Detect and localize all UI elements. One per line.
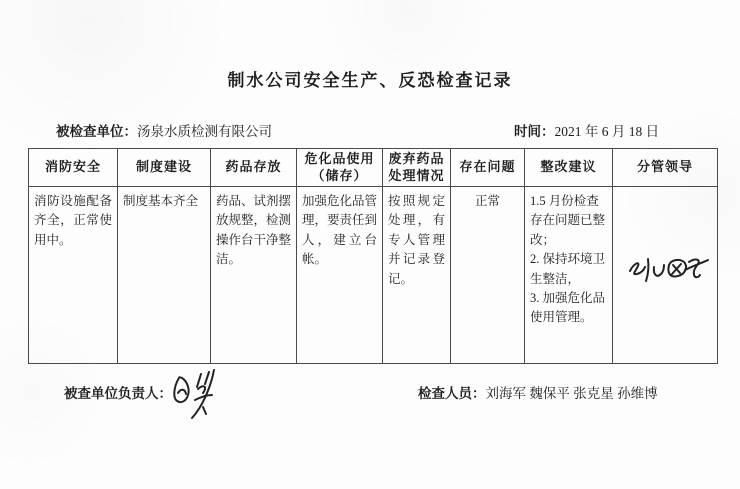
- scanned-inspection-record-page: 制水公司安全生产、反恐检查记录 被检查单位：汤泉水质检测有限公司 时间：2021…: [0, 0, 740, 489]
- header-existing-problems: 存在问题: [451, 149, 525, 187]
- cell-rectification: 1.5 月份检查存在问题已整改； 2. 保持环境卫生整洁， 3. 加强危化品使用…: [525, 187, 613, 364]
- cell-hazardous-use: 加强危化品管理，要责任到人，建立台帐。: [297, 187, 383, 364]
- time-value: 2021 年 6 月 18 日: [555, 124, 660, 139]
- inspected-unit-value: 汤泉水质检测有限公司: [137, 124, 272, 139]
- cell-existing-problems: 正常: [451, 187, 525, 364]
- inspected-unit: 被检查单位：汤泉水质检测有限公司: [56, 120, 272, 140]
- header-waste-disposal: 废弃药品 处理情况: [383, 149, 451, 187]
- cell-medicine-storage: 药品、试剂摆放规整，检测操作台干净整洁。: [211, 187, 297, 364]
- cell-fire-safety: 消防设施配备齐全，正常使用中。: [29, 187, 118, 364]
- inspection-table: 消防安全 制度建设 药品存放 危化品使用 （储存） 废弃药品 处理情况 存在问题…: [28, 148, 718, 364]
- inspectors-label: 检查人员：: [418, 386, 486, 401]
- inspection-time: 时间：2021 年 6 月 18 日: [514, 120, 659, 140]
- inspectors: 检查人员：刘海军 魏保平 张克星 孙维博: [418, 382, 658, 402]
- supervisor-signature-icon: [625, 249, 709, 299]
- table-header-row: 消防安全 制度建设 药品存放 危化品使用 （储存） 废弃药品 处理情况 存在问题…: [29, 149, 718, 187]
- inspectors-value: 刘海军 魏保平 张克星 孙维博: [486, 386, 658, 401]
- header-rectification: 整改建议: [525, 149, 613, 187]
- header-supervisor: 分管领导: [613, 149, 718, 187]
- table-row: 消防设施配备齐全，正常使用中。 制度基本齐全 药品、试剂摆放规整，检测操作台干净…: [29, 187, 718, 364]
- header-system-building: 制度建设: [118, 149, 211, 187]
- footer-line: 被查单位负责人： 检查人员：刘海军 魏保平 张克星 孙维博: [0, 382, 740, 404]
- cell-waste-disposal: 按照规定处理，有专人管理并记录登记。: [383, 187, 451, 364]
- cell-system-building: 制度基本齐全: [118, 187, 211, 364]
- document-title: 制水公司安全生产、反恐检查记录: [0, 66, 740, 91]
- time-label: 时间：: [514, 124, 555, 139]
- header-fire-safety: 消防安全: [29, 149, 118, 187]
- info-line: 被检查单位：汤泉水质检测有限公司 时间：2021 年 6 月 18 日: [0, 120, 740, 140]
- cell-supervisor-signature: [613, 187, 718, 364]
- responsible-signature-icon: [167, 366, 229, 424]
- responsible-person: 被查单位负责人：: [64, 382, 172, 402]
- inspected-unit-label: 被检查单位：: [56, 124, 137, 139]
- header-hazardous-use: 危化品使用 （储存）: [297, 149, 383, 187]
- responsible-label: 被查单位负责人：: [64, 386, 172, 401]
- header-medicine-storage: 药品存放: [211, 149, 297, 187]
